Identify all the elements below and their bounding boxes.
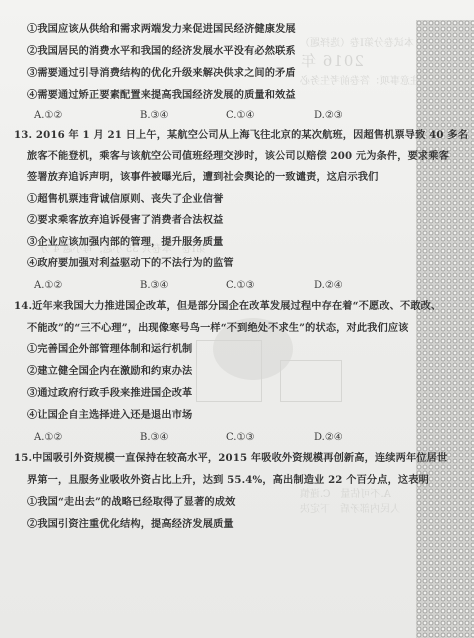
q14-option-d: D.②④ [314, 431, 343, 444]
ghost-text: 人民内部矛盾 下定决 [300, 500, 400, 515]
q15-statement-2: ②我国引资注重优化结构，提高经济发展质量 [27, 518, 234, 531]
q13-statement-2: ②要求乘客放弃追诉侵害了消费者合法权益 [27, 214, 223, 227]
ghost-text: 注意事项：答卷前考生务必 [300, 72, 420, 87]
q12-option-d: D.②③ [314, 109, 343, 122]
ghost-text: A.不可估量 C.谨慎 [300, 485, 391, 500]
q15-stem-line-2: 界第一，且服务业吸收外资占比上升，达到 55.4%，高出制造业 22 个百分点，… [27, 474, 429, 487]
q14-statement-3: ③通过政府行政手段来推进国企改革 [27, 387, 192, 400]
q14-stem-line-1: 14.近年来我国大力推进国企改革，但是部分国企在改革发展过程中存在着“不愿改、不… [14, 300, 441, 313]
q12-statement-3: ③需要通过引导消费结构的优化升级来解决供求之间的矛盾 [27, 67, 296, 80]
q14-statement-1: ①完善国企外部管理体制和运行机制 [27, 343, 192, 356]
q13-option-c: C.①③ [226, 279, 254, 292]
q13-statement-1: ①超售机票违背诚信原则、丧失了企业信誉 [27, 193, 223, 206]
q13-option-b: B.③④ [140, 279, 168, 292]
q14-statement-2: ②建立健全国企内在激励和约束办法 [27, 365, 192, 378]
q14-option-b: B.③④ [140, 431, 168, 444]
q13-statement-3: ③企业应该加强内部的管理，提升服务质量 [27, 236, 223, 249]
q12-statement-1: ①我国应该从供给和需求两端发力来促进国民经济健康发展 [27, 23, 296, 36]
q15-stem-line-1: 15.中国吸引外资规模一直保持在较高水平，2015 年吸收外资规模再创新高，连续… [14, 452, 447, 465]
q12-option-a: A.①② [34, 109, 62, 122]
q12-option-c: C.①④ [226, 109, 254, 122]
q12-statement-2: ②我国居民的消费水平和我国的经济发展水平没有必然联系 [27, 45, 296, 58]
q13-option-a: A.①② [34, 279, 62, 292]
q13-option-d: D.②④ [314, 279, 343, 292]
q14-options: A.①② B.③④ C.①③ D.②④ [0, 431, 416, 444]
ghost-text: 2016 年 [300, 50, 364, 71]
q12-options: A.①② B.③④ C.①④ D.②③ [0, 109, 416, 122]
q14-option-c: C.①③ [226, 431, 254, 444]
security-pattern-strip [416, 20, 474, 638]
q14-statement-4: ④让国企自主选择进入还是退出市场 [27, 409, 192, 422]
ghost-diagram-box [196, 340, 262, 402]
q12-statement-4: ④需要通过矫正要素配置来提高我国经济发展的质量和效益 [27, 89, 296, 102]
q13-statement-4: ④政府要加强对利益驱动下的不法行为的监管 [27, 257, 234, 270]
q14-option-a: A.①② [34, 431, 62, 444]
q13-stem-line-2: 旅客不能登机，乘客与该航空公司值班经理交涉时，该公司以赔偿 200 元为条件，要… [27, 150, 449, 163]
exam-page: 本试卷分第Ⅰ卷（选择题） 2016 年 注意事项：答卷前考生务必 第Ⅰ卷 本卷共… [0, 0, 474, 638]
q14-stem-line-2: 不能改”的“三不心理”，出现像寒号鸟一样“不到绝处不求生”的状态，对此我们应该 [27, 322, 409, 335]
q12-option-b: B.③④ [140, 109, 168, 122]
q15-statement-1: ①我国“走出去”的战略已经取得了显著的成效 [27, 496, 235, 509]
q13-options: A.①② B.③④ C.①③ D.②④ [0, 279, 416, 292]
ghost-diagram-box [280, 360, 342, 402]
q13-stem-line-1: 13. 2016 年 1 月 21 日上午，某航空公司从上海飞往北京的某次航班，… [14, 129, 468, 142]
ghost-text: 本试卷分第Ⅰ卷（选择题） [300, 34, 414, 49]
q13-stem-line-3: 签署放弃追诉声明，该事件被曝光后，遭到社会舆论的一致谴责，这启示我们 [27, 171, 378, 184]
